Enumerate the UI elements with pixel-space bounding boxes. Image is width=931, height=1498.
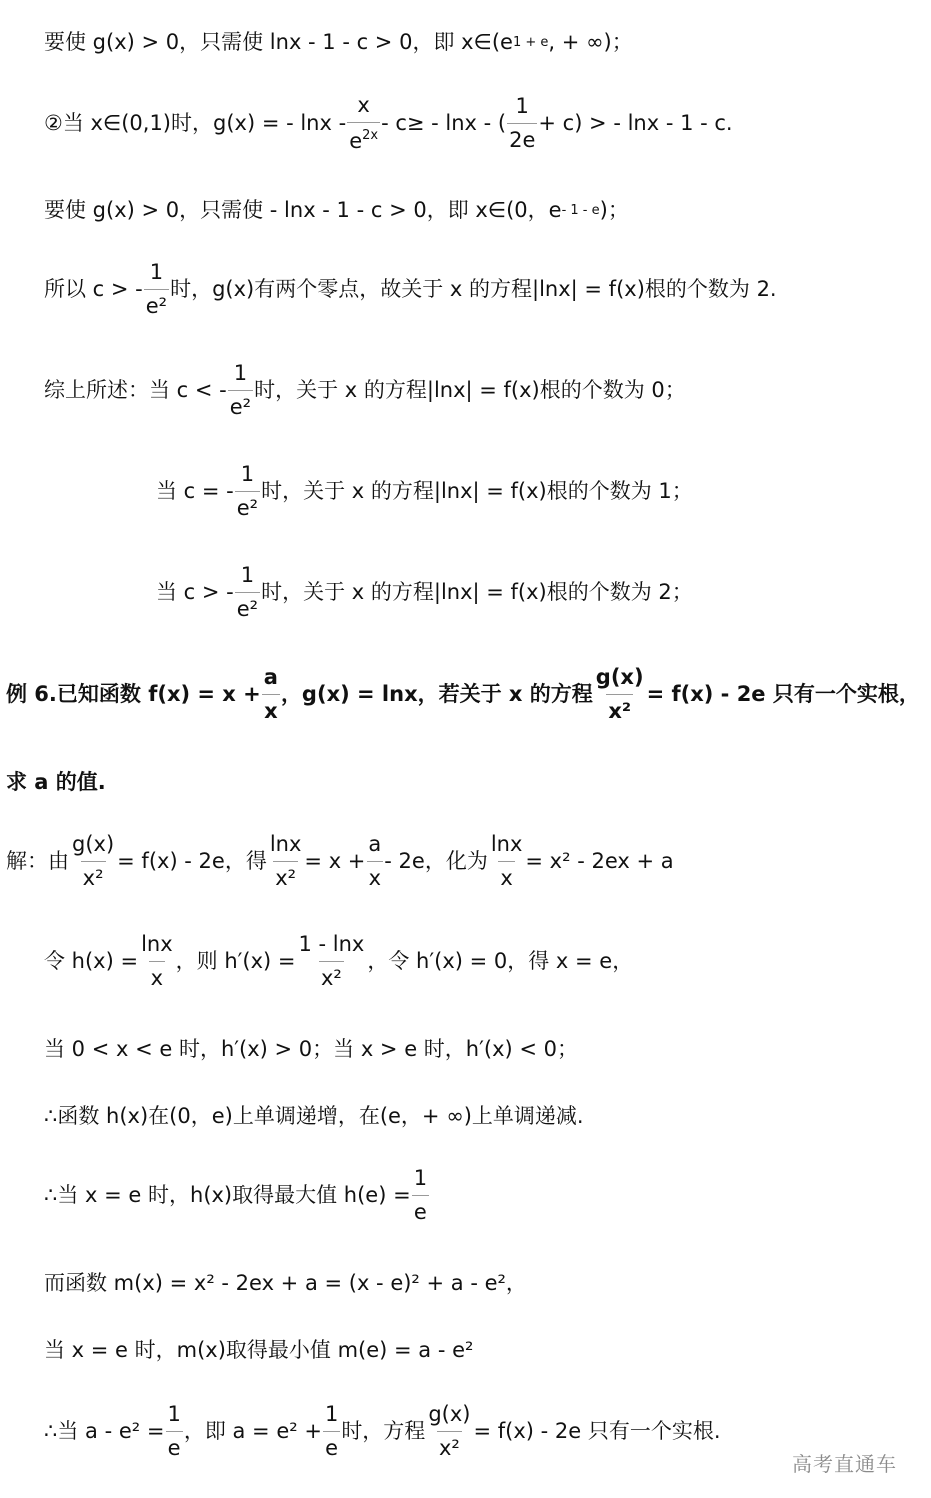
line-3-tail: )； (600, 200, 629, 221)
fraction-gx-over-x2: g(x) x² (426, 1404, 472, 1459)
example-6-tail: = f(x) - 2e 只有一个实根， (647, 684, 920, 705)
line-2-head: ②当 x∈(0,1)时，g(x) = - lnx - (44, 113, 346, 134)
fraction-gx-over-x2: g(x) x² (594, 667, 646, 722)
fraction-1-over-e: 1 e (165, 1404, 182, 1459)
fraction-gx-over-x2: g(x) x² (70, 834, 116, 889)
solution-line-6: 而函数 m(x) = x² - 2ex + a = (x - e)² + a -… (44, 1273, 527, 1294)
fraction-1-over-e: 1 e (323, 1404, 340, 1459)
line-4-head: 所以 c > - (44, 279, 143, 300)
example-6-question: 求 a 的值. (6, 772, 106, 793)
solution-line-4: ∴函数 h(x)在(0，e)上单调递增，在(e，+ ∞)上单调递减. (44, 1106, 584, 1127)
fraction-1-minus-lnx-over-x2: 1 - lnx x² (297, 934, 367, 989)
fraction-a-over-x: a x (366, 834, 383, 889)
solution-line-8: ∴当 a - e² = 1 e ，即 a = e² + 1 e 时，方程 g(x… (44, 1404, 721, 1459)
line-1: 要使 g(x) > 0，只需使 lnx - 1 - c > 0，即 x∈(e1 … (44, 32, 633, 53)
line-2: ②当 x∈(0,1)时，g(x) = - lnx - x e2x - c≥ - … (44, 95, 733, 152)
fraction-lnx-over-x: lnx x (139, 934, 175, 989)
line-3-text: 要使 g(x) > 0，只需使 - lnx - 1 - c > 0，即 x∈(0… (44, 200, 562, 221)
fraction-1-over-e2: 1 e² (144, 262, 169, 317)
fraction-1-over-2e: 1 2e (507, 96, 537, 151)
fraction-1-over-e: 1 e (412, 1168, 429, 1223)
fraction-a-over-x: a x (262, 667, 280, 722)
summary-label: 综上所述： (44, 380, 149, 401)
fraction-1-over-e2: 1 e² (235, 464, 260, 519)
line-4-tail: 时，g(x)有两个零点，故关于 x 的方程|lnx| = f(x)根的个数为 2… (170, 279, 777, 300)
watermark: 高考直通车 (792, 1448, 897, 1477)
example-6-mid: ，g(x) = lnx，若关于 x 的方程 (281, 684, 593, 705)
fraction-1-over-e2: 1 e² (235, 565, 260, 620)
summary-case-1: 当 c = - 1 e² 时，关于 x 的方程|lnx| = f(x)根的个数为… (156, 464, 693, 519)
solution-line-1: 解：由 g(x) x² = f(x) - 2e，得 lnx x² = x + a… (6, 834, 674, 889)
line-4: 所以 c > - 1 e² 时，g(x)有两个零点，故关于 x 的方程|lnx|… (44, 262, 777, 317)
solution-line-2: 令 h(x) = lnx x ，则 h′(x) = 1 - lnx x² ，令 … (44, 934, 633, 989)
line-1-exponent: 1 + e (513, 36, 548, 49)
solution-line-3: 当 0 < x < e 时，h′(x) > 0；当 x > e 时，h′(x) … (44, 1039, 578, 1060)
line-3: 要使 g(x) > 0，只需使 - lnx - 1 - c > 0，即 x∈(0… (44, 200, 629, 221)
summary-case-0: 综上所述： 当 c < - 1 e² 时，关于 x 的方程|lnx| = f(x… (44, 363, 686, 418)
example-6-head: 例 6.已知函数 f(x) = x + (6, 684, 261, 705)
line-3-exponent: - 1 - e (562, 204, 600, 217)
example-6-statement: 例 6.已知函数 f(x) = x + a x ，g(x) = lnx，若关于 … (6, 667, 920, 722)
solution-line-7: 当 x = e 时，m(x)取得最小值 m(e) = a - e² (44, 1340, 473, 1361)
solution-line-5: ∴当 x = e 时，h(x)取得最大值 h(e) = 1 e (44, 1168, 430, 1223)
line-2-mid: - c≥ - lnx - ( (381, 113, 506, 134)
line-1-tail: , + ∞)； (548, 32, 632, 53)
fraction-lnx-over-x: lnx x (489, 834, 525, 889)
summary-case-2: 当 c > - 1 e² 时，关于 x 的方程|lnx| = f(x)根的个数为… (156, 565, 693, 620)
fraction-1-over-e2: 1 e² (228, 363, 253, 418)
fraction-x-over-e2x: x e2x (347, 95, 380, 152)
line-2-tail: + c) > - lnx - 1 - c. (538, 113, 732, 134)
line-1-text: 要使 g(x) > 0，只需使 lnx - 1 - c > 0，即 x∈(e (44, 32, 513, 53)
fraction-lnx-over-x2: lnx x² (268, 834, 304, 889)
